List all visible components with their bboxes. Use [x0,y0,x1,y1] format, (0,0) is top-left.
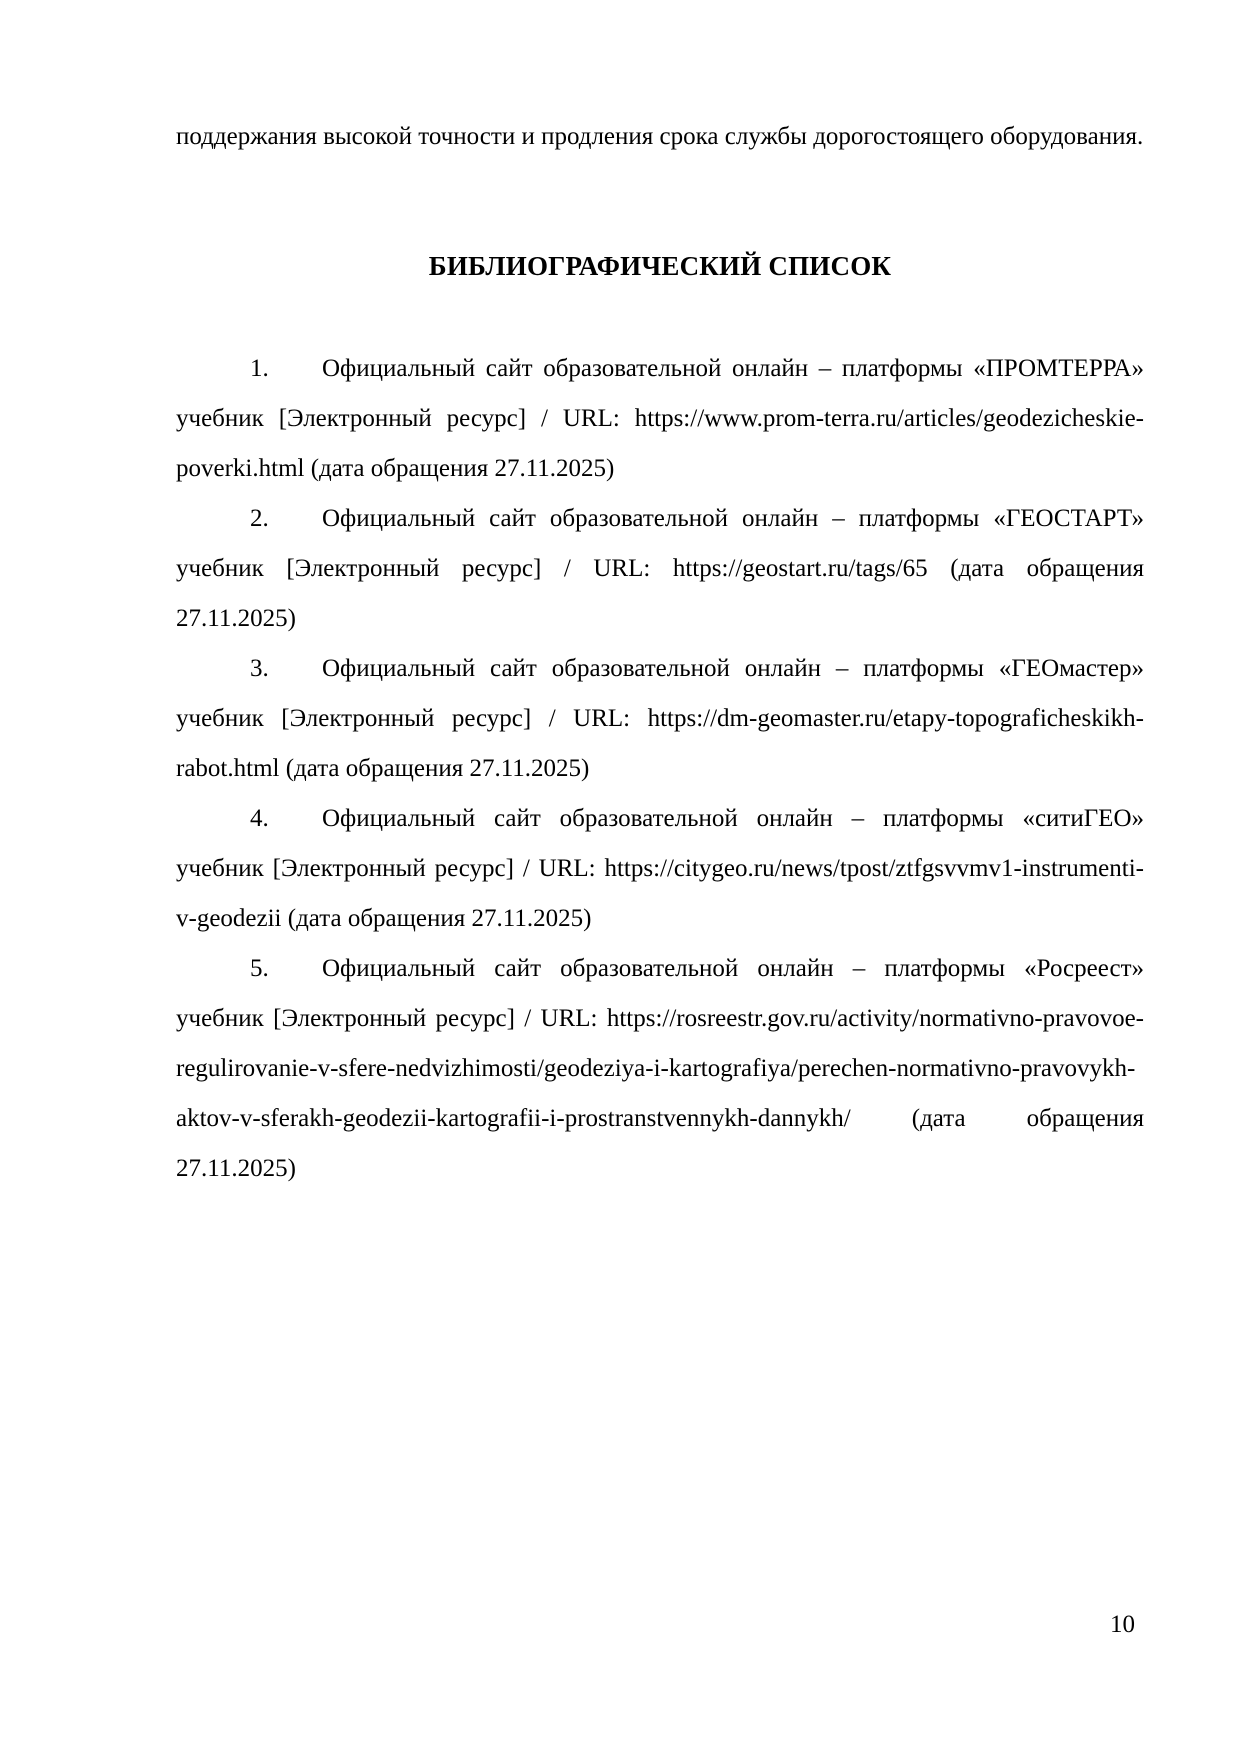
entry-text: Официальный сайт образовательной онлайн … [176,655,1144,782]
intro-paragraph: поддержания высокой точности и продления… [176,112,1144,162]
entry-text: Официальный сайт образовательной онлайн … [176,505,1144,632]
bibliography-entry: 3.Официальный сайт образовательной онлай… [176,644,1144,794]
entry-text: Официальный сайт образовательной онлайн … [176,805,1144,932]
entry-number: 2. [250,494,322,544]
bibliography-list: 1.Официальный сайт образовательной онлай… [176,344,1144,1194]
page-number: 10 [1110,1610,1135,1640]
bibliography-entry: 2.Официальный сайт образовательной онлай… [176,494,1144,644]
entry-number: 5. [250,944,322,994]
document-page: поддержания высокой точности и продления… [176,112,1144,162]
bibliography-entry: 1.Официальный сайт образовательной онлай… [176,344,1144,494]
bibliography-heading: БИБЛИОГРАФИЧЕСКИЙ СПИСОК [176,246,1144,286]
entry-text: Официальный сайт образовательной онлайн … [176,355,1144,482]
entry-number: 1. [250,344,322,394]
entry-number: 4. [250,794,322,844]
entry-number: 3. [250,644,322,694]
bibliography-entry: 5.Официальный сайт образовательной онлай… [176,944,1144,1194]
bibliography-entry: 4.Официальный сайт образовательной онлай… [176,794,1144,944]
